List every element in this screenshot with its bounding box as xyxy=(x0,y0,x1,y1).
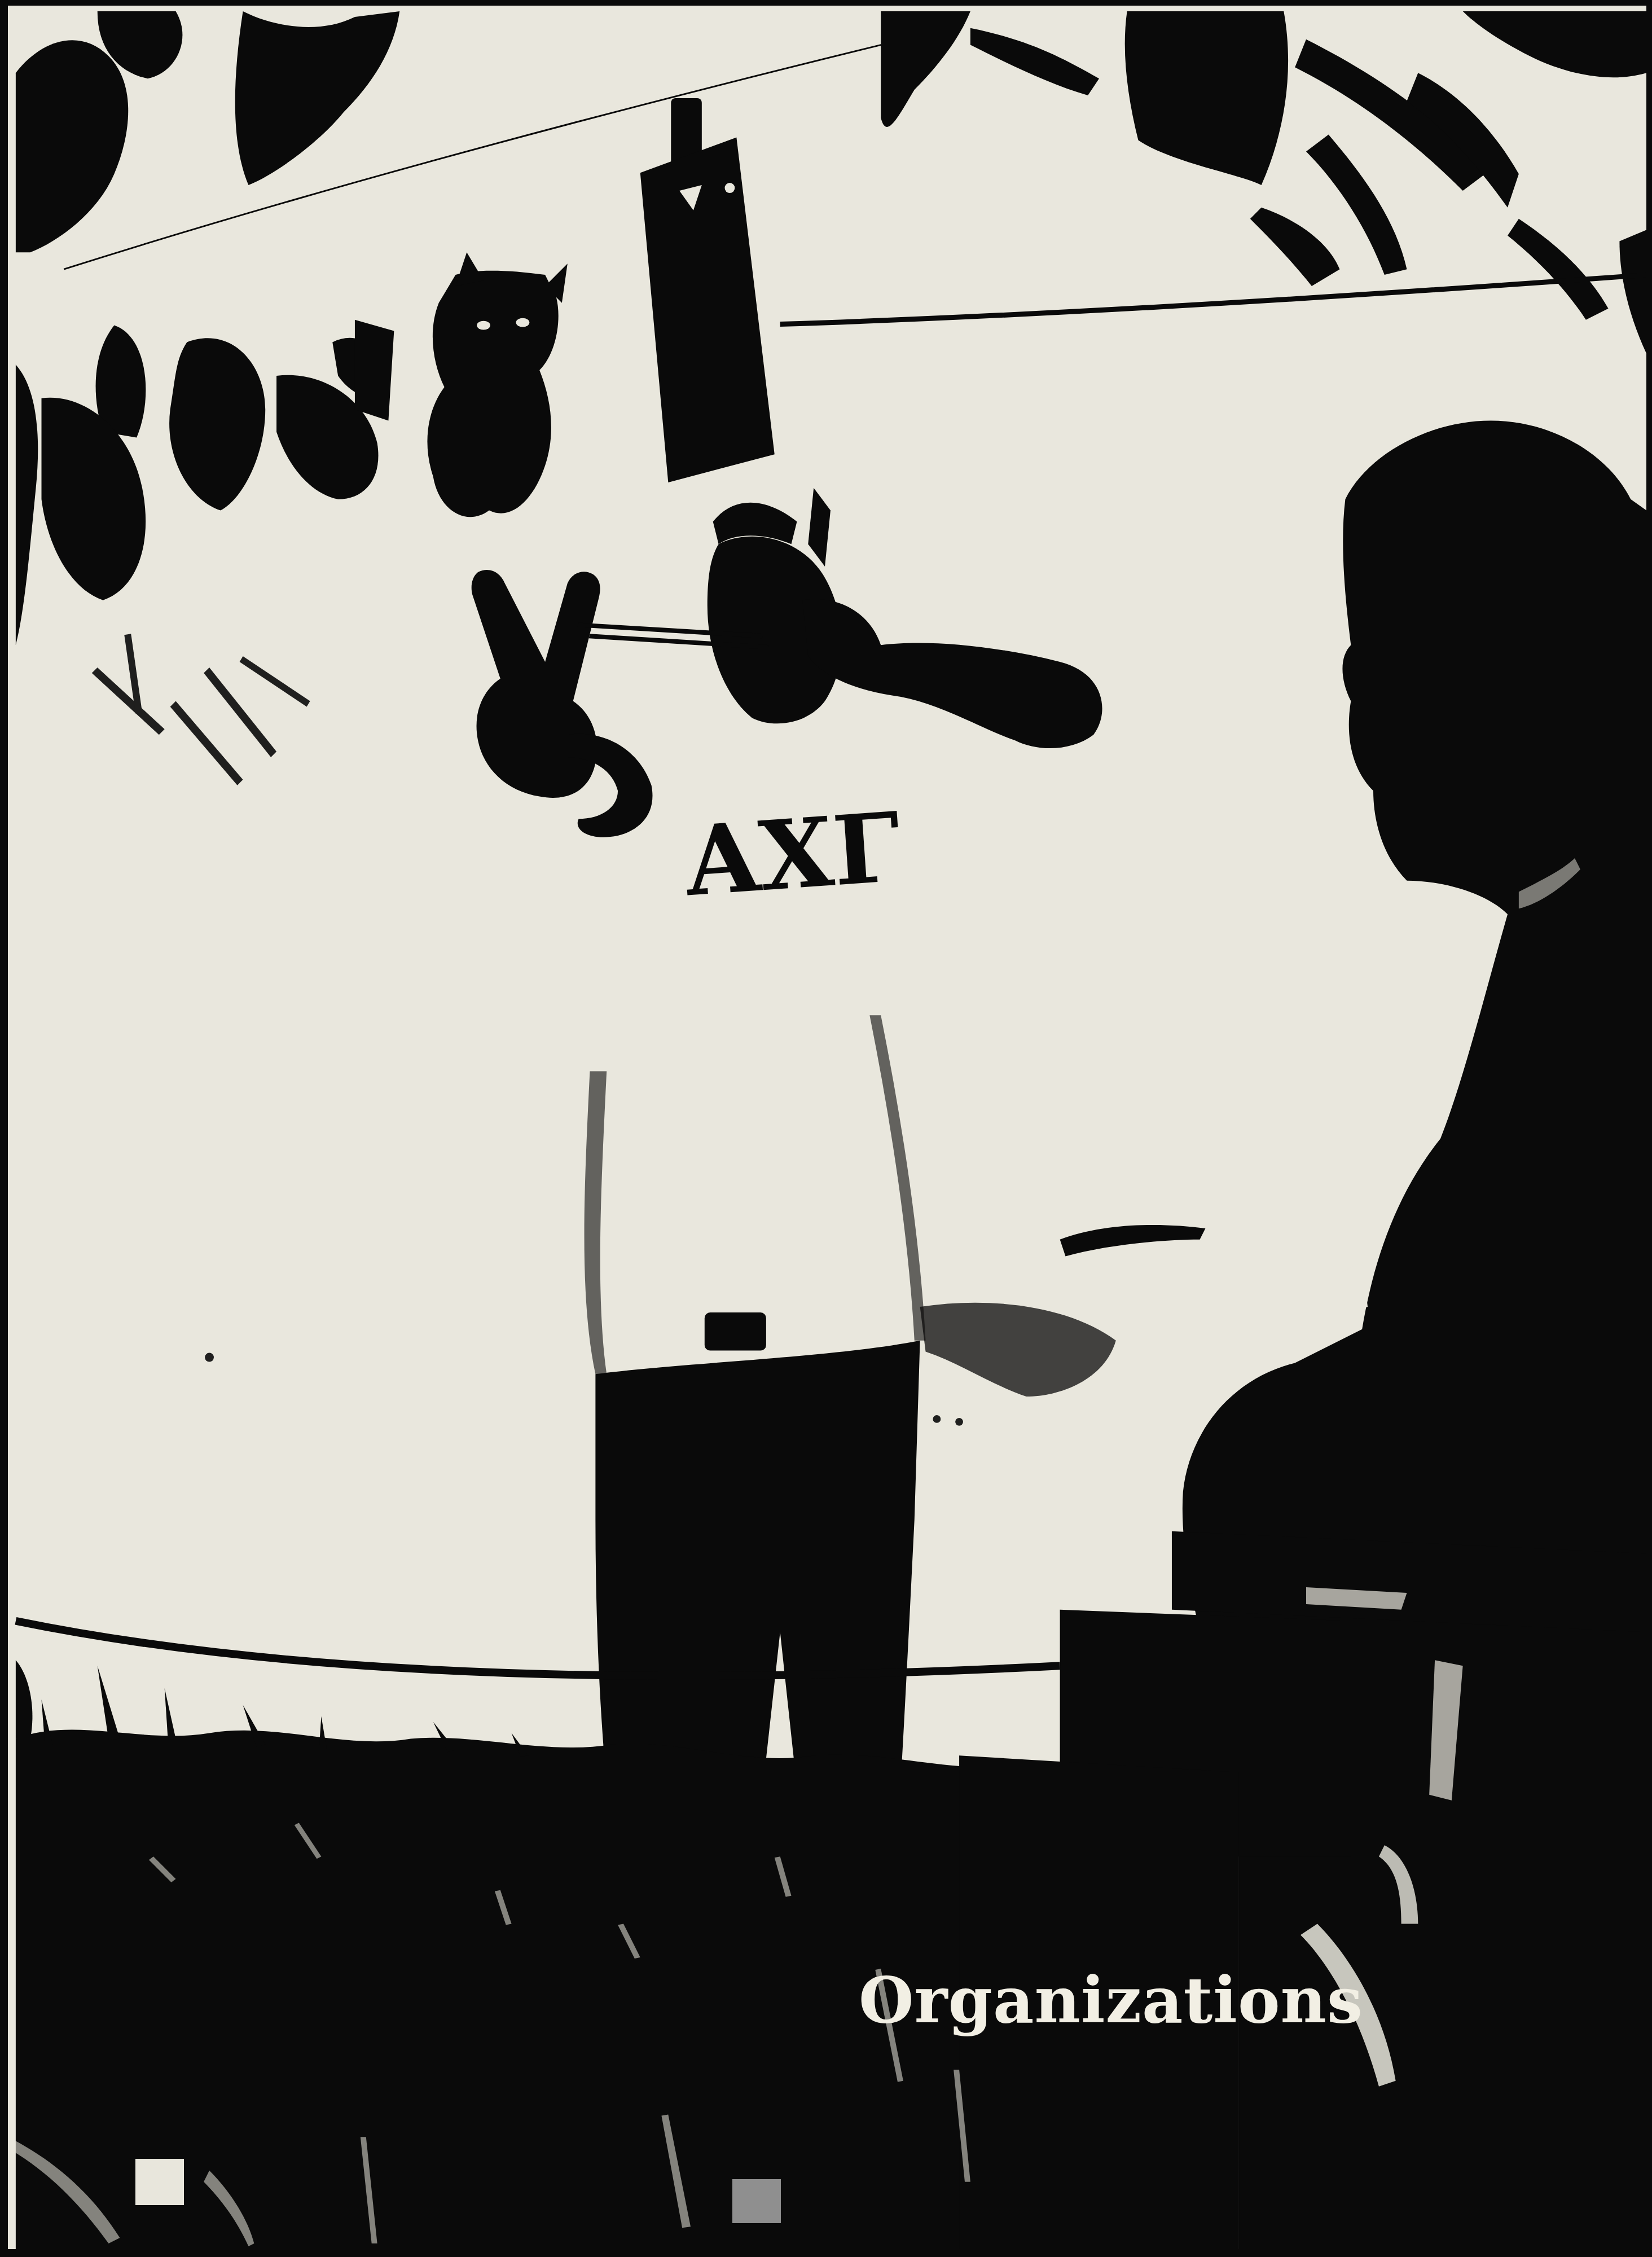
shirt-lettering: ΑΧΓ xyxy=(681,791,904,918)
yearbook-divider-page: ΑΧΓ xyxy=(0,0,1652,2257)
page-marker-gray xyxy=(732,2179,781,2223)
photo: ΑΧΓ xyxy=(8,6,1646,2249)
foliage-top xyxy=(16,11,1646,353)
hanging-tag xyxy=(640,98,775,482)
hay-bales xyxy=(16,1660,1239,2249)
page-marker-light xyxy=(135,2159,184,2205)
hanging-cutouts-left xyxy=(16,320,394,646)
clothesline xyxy=(64,45,881,270)
section-title: Organizations xyxy=(859,1964,1363,2038)
person-peace-sign xyxy=(472,488,1102,1840)
hanging-cat-cutout xyxy=(427,252,567,517)
